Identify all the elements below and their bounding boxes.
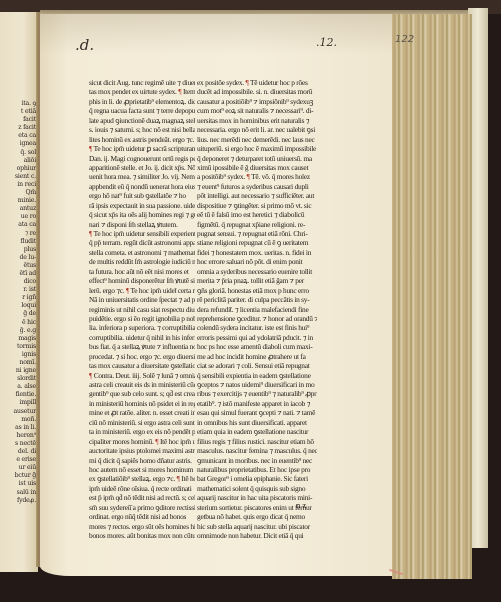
text-line: filius regis ⁊ filius rustici. nascitur … bbox=[197, 437, 317, 446]
text-line: stiane religioni repugnat cū ē ꝯ ueritat… bbox=[197, 238, 317, 247]
folio-number: .12. bbox=[316, 36, 337, 49]
text-line: a positōib⁹ sydex. ¶ Tē. vō. q̄ mores ho… bbox=[197, 172, 317, 181]
text-line: regiminis ut nihil casu siat respectu di… bbox=[89, 305, 195, 314]
text-line: est p̄ ipm̄ qd̄ nō tēdit nisi ad rectū. … bbox=[89, 493, 195, 502]
rubric-paragraph-mark: ¶ bbox=[89, 144, 92, 153]
text-line: phis in li. de ꝓprietatib⁹ elementoꝝ. di… bbox=[89, 97, 195, 106]
text-line: bonos mores. aūt bonitas mox non cūtur bbox=[89, 531, 195, 540]
text-line: dera refundit̄. ⁊ licentia malefaciendi … bbox=[197, 305, 317, 314]
rubric-paragraph-mark: ¶ bbox=[89, 371, 92, 380]
text-line: bat Gregor⁹ i omelia epiphanie. Sic fate… bbox=[197, 474, 317, 483]
text-line: mine et ꝓt ratōe. aliter. n. esset creat… bbox=[89, 408, 195, 417]
text-line: lius. nec merēdi nec demerēdi. nec laus … bbox=[197, 135, 317, 144]
text-line: effect⁹ hominū disponerētur ſm̄ ꝟtutē si… bbox=[89, 276, 195, 285]
text-line: ꝯmunicant in moribus. nec in euentib⁹ ne… bbox=[197, 456, 317, 465]
text-line: ¶ Te hoc ipm̄ uidetur sensibili experien… bbox=[89, 229, 195, 238]
text-line: uersitas mox in hominibus erit naturalis… bbox=[197, 116, 317, 125]
text-line: mathematici solent q̄ quisquis sub signo bbox=[197, 484, 317, 493]
text-line: ducēt ad impossibile. si. n. diuersitas … bbox=[197, 87, 317, 96]
text-line: auctoritate ipsius ptolomei maximi astro… bbox=[89, 446, 195, 455]
text-line: s. iouis ⁊ saturni. s; hoc nō est nisi b… bbox=[89, 125, 195, 134]
text-line: fidei ⁊ honestatem mox. ueritas. n. fide… bbox=[197, 248, 317, 257]
text-line: mores ⁊ rectos. ergo sūt oēs homines hic bbox=[89, 522, 195, 531]
text-line: hoc errore saluari nō pōt. di enim ponit bbox=[197, 257, 317, 266]
text-line: colendū sydera incitatur. iste est finis… bbox=[197, 323, 317, 332]
signature-mark: .d. bbox=[75, 36, 94, 54]
text-line: esau qui simul fuerant ꝯcepti ⁊ nati. ⁊ … bbox=[197, 408, 317, 417]
rubric-paragraph-mark: ¶ bbox=[177, 474, 180, 483]
text-line: hoc ps hoc esse amentū diaboli cum maxi- bbox=[197, 342, 317, 351]
text-line: hoc autem nō esset si mores hominum caus… bbox=[89, 465, 195, 474]
text-line: naturalibus proprietatibus. Et hoc ipse … bbox=[197, 465, 317, 474]
text-line: q̄ sensibili expientia in eadem ꝯstellat… bbox=[197, 371, 317, 380]
verso-text-fragments: ita. ꝯ t etiā facit z facit eta ca ignea… bbox=[0, 100, 36, 530]
text-line: rē periclitā pariter. di culpa peccātis … bbox=[197, 295, 317, 304]
text-line: nari ⁊ disponi ſm̄ stellaꝝ ꝟtutem. bbox=[89, 220, 195, 229]
verso-page: ita. ꝯ t etiā facit z facit eta ca ignea… bbox=[0, 12, 38, 572]
text-line: ex ꝯstellatiōib⁹ stellaꝝ. ergo ⁊c. ¶ Itē… bbox=[89, 474, 195, 483]
text-line: ¶ Te hoc ipm̄ uidetur ꝑ sacrā scripturam bbox=[89, 144, 195, 153]
text-line: Dan. ij. Magi cognouerunt ortū regis per bbox=[89, 154, 195, 163]
text-line: procedat. ⁊ si hoc. ergo ⁊c. ergo diuers… bbox=[89, 352, 195, 361]
text-line: merita ⁊ p̄ria pnaꝝ. tollit etiā g̃am ⁊ … bbox=[197, 276, 317, 285]
text-line: Nā in uniuersitatis ordine ſpectat ⁊ ad … bbox=[89, 295, 195, 304]
text-line: appbendit eū q̄ nondū uenerat hora eius. bbox=[89, 182, 195, 191]
text-line: gentib⁹ que sub celo sunt. s; qd̄ est cr… bbox=[89, 389, 195, 398]
text-line: ex positōe sydex. ¶ Tē uidetur hoc p rōe… bbox=[197, 78, 317, 87]
text-line: in ministeriū hominis nō psidet ei in re… bbox=[89, 399, 195, 408]
text-line: q̄ deponeret ⁊ deturparet totū uniuersū.… bbox=[197, 154, 317, 163]
page-stack bbox=[392, 14, 472, 579]
gathering-signature: n z bbox=[296, 500, 306, 510]
text-line: lia. inferiora p superiora. ⁊ corruptibi… bbox=[89, 323, 195, 332]
text-line: astra celi creauit eis ds in ministeriū … bbox=[89, 380, 195, 389]
text-line: q̄ regna uacua facta sunt ⁊ terre depopu… bbox=[89, 106, 195, 115]
text-line: etiam quia in eadem ꝯstellatione nascitu… bbox=[197, 427, 317, 436]
text-line: rā ipsis expectauit in sua passione. uid… bbox=[89, 201, 195, 210]
text-line: ximū ipossibile ē g̃ diuersitas mox caus… bbox=[197, 163, 317, 172]
text-line: erroris pessimi qui ad ydolatriā pducit.… bbox=[197, 333, 317, 342]
text-line: dispositiue ⁊ ꝯtingēter. si primo mō vt.… bbox=[197, 201, 317, 210]
text-line: reprehensione ꝯceditur. ⁊ honor ad orand… bbox=[197, 314, 317, 323]
text-line: necessaria. ergo nō erit li. ar. nec ual… bbox=[197, 125, 317, 134]
text-line: ⁊ euent⁹ futuros a syderibus causari dup… bbox=[197, 182, 317, 191]
rubric-paragraph-mark: ¶ bbox=[155, 437, 158, 446]
book-photograph: ita. ꝯ t etiā facit z facit eta ca ignea… bbox=[0, 0, 501, 602]
text-line: q̄ sicut xp̄s ita oēs alij homines regi … bbox=[89, 210, 195, 219]
text-line: cum mot⁹ eoꝝ sit naturalis ⁊ necessari⁹.… bbox=[197, 106, 317, 115]
text-line: de multis reddūt ſm̄ astrologie iudiciū … bbox=[89, 257, 195, 266]
text-line: cipaliter mores hominū. ¶ Itē hoc ipm̄ u… bbox=[89, 437, 195, 446]
rubric-paragraph-mark: ¶ bbox=[89, 229, 92, 238]
text-line: in omnibus his sunt diuersificati. appar… bbox=[197, 418, 317, 427]
rubric-paragraph-mark: ¶ bbox=[247, 172, 250, 181]
text-line: figmētū. q̄ repugnat xp̄iane religioni. … bbox=[197, 220, 317, 229]
text-line: getbua nō habet. quis ergo dicat q̄ nemo bbox=[197, 512, 317, 521]
text-line: bus fiat. q̄ a stellaꝝ ꝟtute ⁊ influenti… bbox=[89, 342, 195, 351]
text-line: omnimode non habetur. Dicit etiā q̄ qui bbox=[197, 531, 317, 540]
text-line: tas mox causatur a diuersitate ꝯstellati… bbox=[89, 361, 195, 370]
text-line: lites hominū ex astris pendeāt. ergo ⁊c. bbox=[89, 135, 195, 144]
text-line: uenit hora mea. ⁊ similiter Jo. vij. Nem… bbox=[89, 172, 195, 181]
text-line: lerū. ergo ⁊c. ¶ Te hoc ipm̄ uidet̄ cert… bbox=[89, 286, 195, 295]
text-line: ꝯceptos ⁊ natos uidemi⁹ diuersificari in… bbox=[197, 380, 317, 389]
text-line: ergo hō nat⁹ fuit sub ꝯstellatōe ⁊ ho bbox=[89, 191, 195, 200]
text-line: sm̄ suu sydereū̄ a primo ꝯditore rectiss… bbox=[89, 503, 195, 512]
text-line: ciū nō ministeriū. si ergo astra celi su… bbox=[89, 418, 195, 427]
text-line: ¶ Contra. Deut. iiij. Solē ⁊ lunā ⁊ omni… bbox=[89, 371, 195, 380]
rubric-paragraph-mark: ¶ bbox=[245, 78, 248, 87]
text-line: me ad hoc incidit homine ꝓtrahere ut fa bbox=[197, 352, 317, 361]
pencil-foliation: 122 bbox=[395, 34, 414, 45]
text-line: omnia a syderibus necessario euenire tol… bbox=[197, 267, 317, 276]
text-line: apparitionē stelle. et Jo. ij. dicit xp̄… bbox=[89, 163, 195, 172]
text-line: ribus ⁊ exercitijs ⁊ euentib⁹ ⁊ naturali… bbox=[197, 389, 317, 398]
text-line: ta futura. hoc aūt nō eēt nisi mores et bbox=[89, 267, 195, 276]
text-line: masculus. nascitur femina ⁊ masculus. q̄… bbox=[197, 446, 317, 455]
text-line: causatur a positiōib⁹ ⁊ impsiōnib⁹ sydex… bbox=[197, 97, 317, 106]
text-line: stella cometa. et astronomi ⁊ mathematic… bbox=[89, 248, 195, 257]
text-line: q̄ pp̄ terram. regūt dicūt astronomi app… bbox=[89, 238, 195, 247]
text-line: ciat se adorari ⁊ coli. Sensui etiā repu… bbox=[197, 361, 317, 370]
text-line: etatib⁹. ⁊ istō manifeste apparet in iac… bbox=[197, 399, 317, 408]
rubric-paragraph-mark: ¶ bbox=[126, 286, 129, 295]
text-line: pugnat sensui. ⁊ repugnat etiā rōni. Chr… bbox=[197, 229, 317, 238]
rubric-paragraph-mark: ¶ bbox=[178, 87, 181, 96]
text-line: ꝯñs gloriā. honestas etiā mox p hunc err… bbox=[197, 286, 317, 295]
text-line: mi q̄ dicit q̄ sapiēs homo dñatur astris… bbox=[89, 456, 195, 465]
text-line: tas mox pendet ex uirtute sydex. ¶ Item bbox=[89, 87, 195, 96]
text-line: ta in ministeriū. ergo ex eis nō pendēt … bbox=[89, 427, 195, 436]
text-line: ipm̄ uideē rōne oīsiua. q̄ recte ordinat… bbox=[89, 484, 195, 493]
text-line: ordinat. ergo nūq̄ tēdit nisi ad bonos bbox=[89, 512, 195, 521]
text-line: sicut dicit Aug. tunc regimē uite ⁊ diue… bbox=[89, 78, 195, 87]
text-column-left: sicut dicit Aug. tunc regimē uite ⁊ diue… bbox=[89, 78, 195, 540]
text-line: corruptibilia. uidetur q̄ nihil in his i… bbox=[89, 333, 195, 342]
text-line: puidētie. ergo si ēo regit ignobilia p n… bbox=[89, 314, 195, 323]
text-line: eē tū ē falsū imo est heretici ⁊ diaboli… bbox=[197, 210, 317, 219]
text-line: pōt intelligi. aut necessario ⁊ sufficiē… bbox=[197, 191, 317, 200]
text-line: hic sub stella aquarij nascitur. ubi pis… bbox=[197, 522, 317, 531]
text-line: uituperiū. si ergo hoc ē maximū impossib… bbox=[197, 144, 317, 153]
text-line: late apud ꝯiunctionē duaꝝ magnaꝝ stellaꝝ bbox=[89, 116, 195, 125]
text-column-right: ex positōe sydex. ¶ Tē uidetur hoc p rōe… bbox=[197, 78, 317, 540]
